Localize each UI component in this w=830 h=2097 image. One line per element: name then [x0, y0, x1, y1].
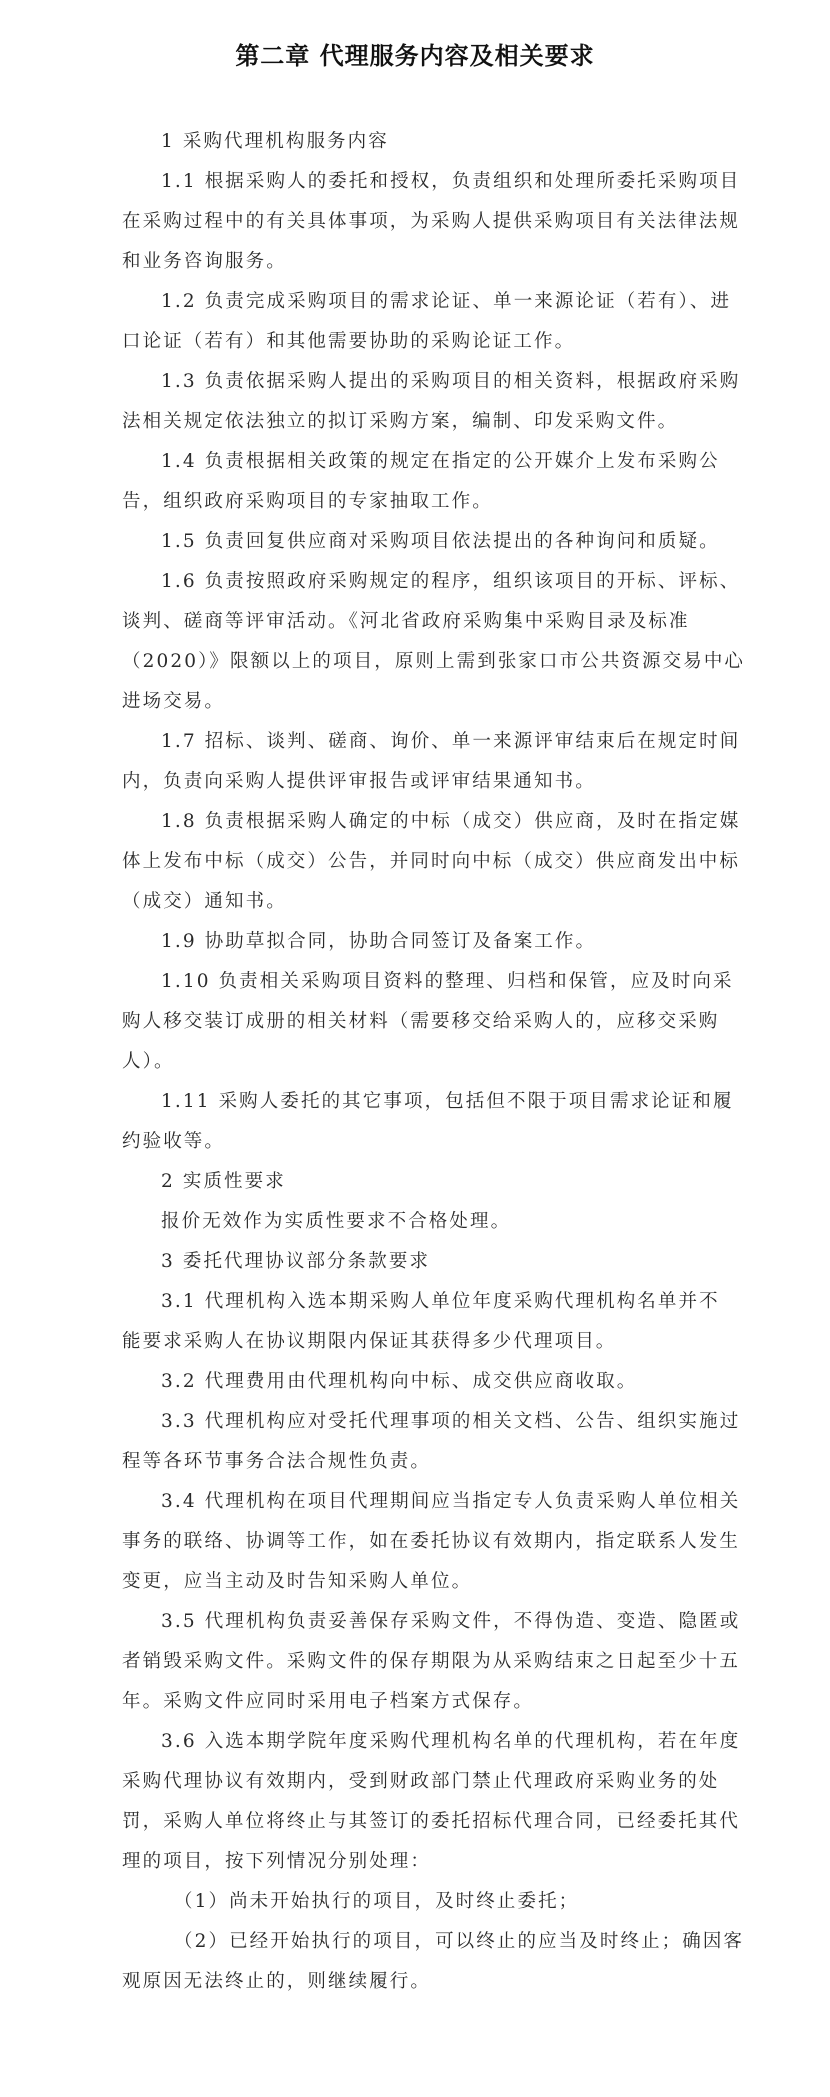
- text-line: 1.1 根据采购人的委托和授权，负责组织和处理所委托采购项目: [122, 162, 712, 202]
- text-line: 能要求采购人在协议期限内保证其获得多少代理项目。: [122, 1322, 712, 1362]
- text-line: 内，负责向采购人提供评审报告或评审结果通知书。: [122, 762, 712, 802]
- chapter-title: 第二章 代理服务内容及相关要求: [0, 36, 830, 71]
- text-line: 观原因无法终止的，则继续履行。: [122, 1962, 712, 2002]
- text-line: 谈判、磋商等评审活动。《河北省政府采购集中采购目录及标准: [122, 602, 712, 642]
- text-line: 口论证（若有）和其他需要协助的采购论证工作。: [122, 322, 712, 362]
- text-line: 年。采购文件应同时采用电子档案方式保存。: [122, 1682, 712, 1722]
- text-line: （1）尚未开始执行的项目，及时终止委托；: [122, 1882, 712, 1922]
- text-line: 罚，采购人单位将终止与其签订的委托招标代理合同，已经委托其代: [122, 1802, 712, 1842]
- text-line: 程等各环节事务合法合规性负责。: [122, 1442, 712, 1482]
- text-line: 3.2 代理费用由代理机构向中标、成交供应商收取。: [122, 1362, 712, 1402]
- text-line: 1.6 负责按照政府采购规定的程序，组织该项目的开标、评标、: [122, 562, 712, 602]
- text-line: 告，组织政府采购项目的专家抽取工作。: [122, 482, 712, 522]
- text-line: 法相关规定依法独立的拟订采购方案，编制、印发采购文件。: [122, 402, 712, 442]
- text-line: 3.6 入选本期学院年度采购代理机构名单的代理机构，若在年度: [122, 1722, 712, 1762]
- text-line: 进场交易。: [122, 682, 712, 722]
- text-line: 2 实质性要求: [122, 1162, 712, 1202]
- text-line: 1.4 负责根据相关政策的规定在指定的公开媒介上发布采购公: [122, 442, 712, 482]
- text-line: 1 采购代理机构服务内容: [122, 122, 712, 162]
- text-line: （2）已经开始执行的项目，可以终止的应当及时终止；确因客: [122, 1922, 712, 1962]
- text-line: 1.11 采购人委托的其它事项，包括但不限于项目需求论证和履: [122, 1082, 712, 1122]
- text-line: 3.4 代理机构在项目代理期间应当指定专人负责采购人单位相关: [122, 1482, 712, 1522]
- text-line: 1.8 负责根据采购人确定的中标（成交）供应商，及时在指定媒: [122, 802, 712, 842]
- text-line: 变更，应当主动及时告知采购人单位。: [122, 1562, 712, 1602]
- text-line: 理的项目，按下列情况分别处理：: [122, 1842, 712, 1882]
- text-line: 3.3 代理机构应对受托代理事项的相关文档、公告、组织实施过: [122, 1402, 712, 1442]
- text-line: 体上发布中标（成交）公告，并同时向中标（成交）供应商发出中标: [122, 842, 712, 882]
- text-line: 1.5 负责回复供应商对采购项目依法提出的各种询问和质疑。: [122, 522, 712, 562]
- text-line: 3 委托代理协议部分条款要求: [122, 1242, 712, 1282]
- text-line: 购人移交装订成册的相关材料（需要移交给采购人的，应移交采购: [122, 1002, 712, 1042]
- text-line: 人）。: [122, 1042, 712, 1082]
- text-line: 1.3 负责依据采购人提出的采购项目的相关资料，根据政府采购: [122, 362, 712, 402]
- text-line: 1.2 负责完成采购项目的需求论证、单一来源论证（若有）、进: [122, 282, 712, 322]
- text-line: 1.7 招标、谈判、磋商、询价、单一来源评审结束后在规定时间: [122, 722, 712, 762]
- text-line: 事务的联络、协调等工作，如在委托协议有效期内，指定联系人发生: [122, 1522, 712, 1562]
- text-line: 和业务咨询服务。: [122, 242, 712, 282]
- text-line: 3.5 代理机构负责妥善保存采购文件，不得伪造、变造、隐匿或: [122, 1602, 712, 1642]
- text-line: 报价无效作为实质性要求不合格处理。: [122, 1202, 712, 1242]
- document-body: 1 采购代理机构服务内容 1.1 根据采购人的委托和授权，负责组织和处理所委托采…: [122, 122, 712, 2002]
- text-line: 3.1 代理机构入选本期采购人单位年度采购代理机构名单并不: [122, 1282, 712, 1322]
- text-line: （2020）》限额以上的项目，原则上需到张家口市公共资源交易中心: [122, 642, 712, 682]
- text-line: （成交）通知书。: [122, 882, 712, 922]
- text-line: 1.10 负责相关采购项目资料的整理、归档和保管，应及时向采: [122, 962, 712, 1002]
- text-line: 者销毁采购文件。采购文件的保存期限为从采购结束之日起至少十五: [122, 1642, 712, 1682]
- text-line: 约验收等。: [122, 1122, 712, 1162]
- text-line: 采购代理协议有效期内，受到财政部门禁止代理政府采购业务的处: [122, 1762, 712, 1802]
- text-line: 在采购过程中的有关具体事项，为采购人提供采购项目有关法律法规: [122, 202, 712, 242]
- text-line: 1.9 协助草拟合同，协助合同签订及备案工作。: [122, 922, 712, 962]
